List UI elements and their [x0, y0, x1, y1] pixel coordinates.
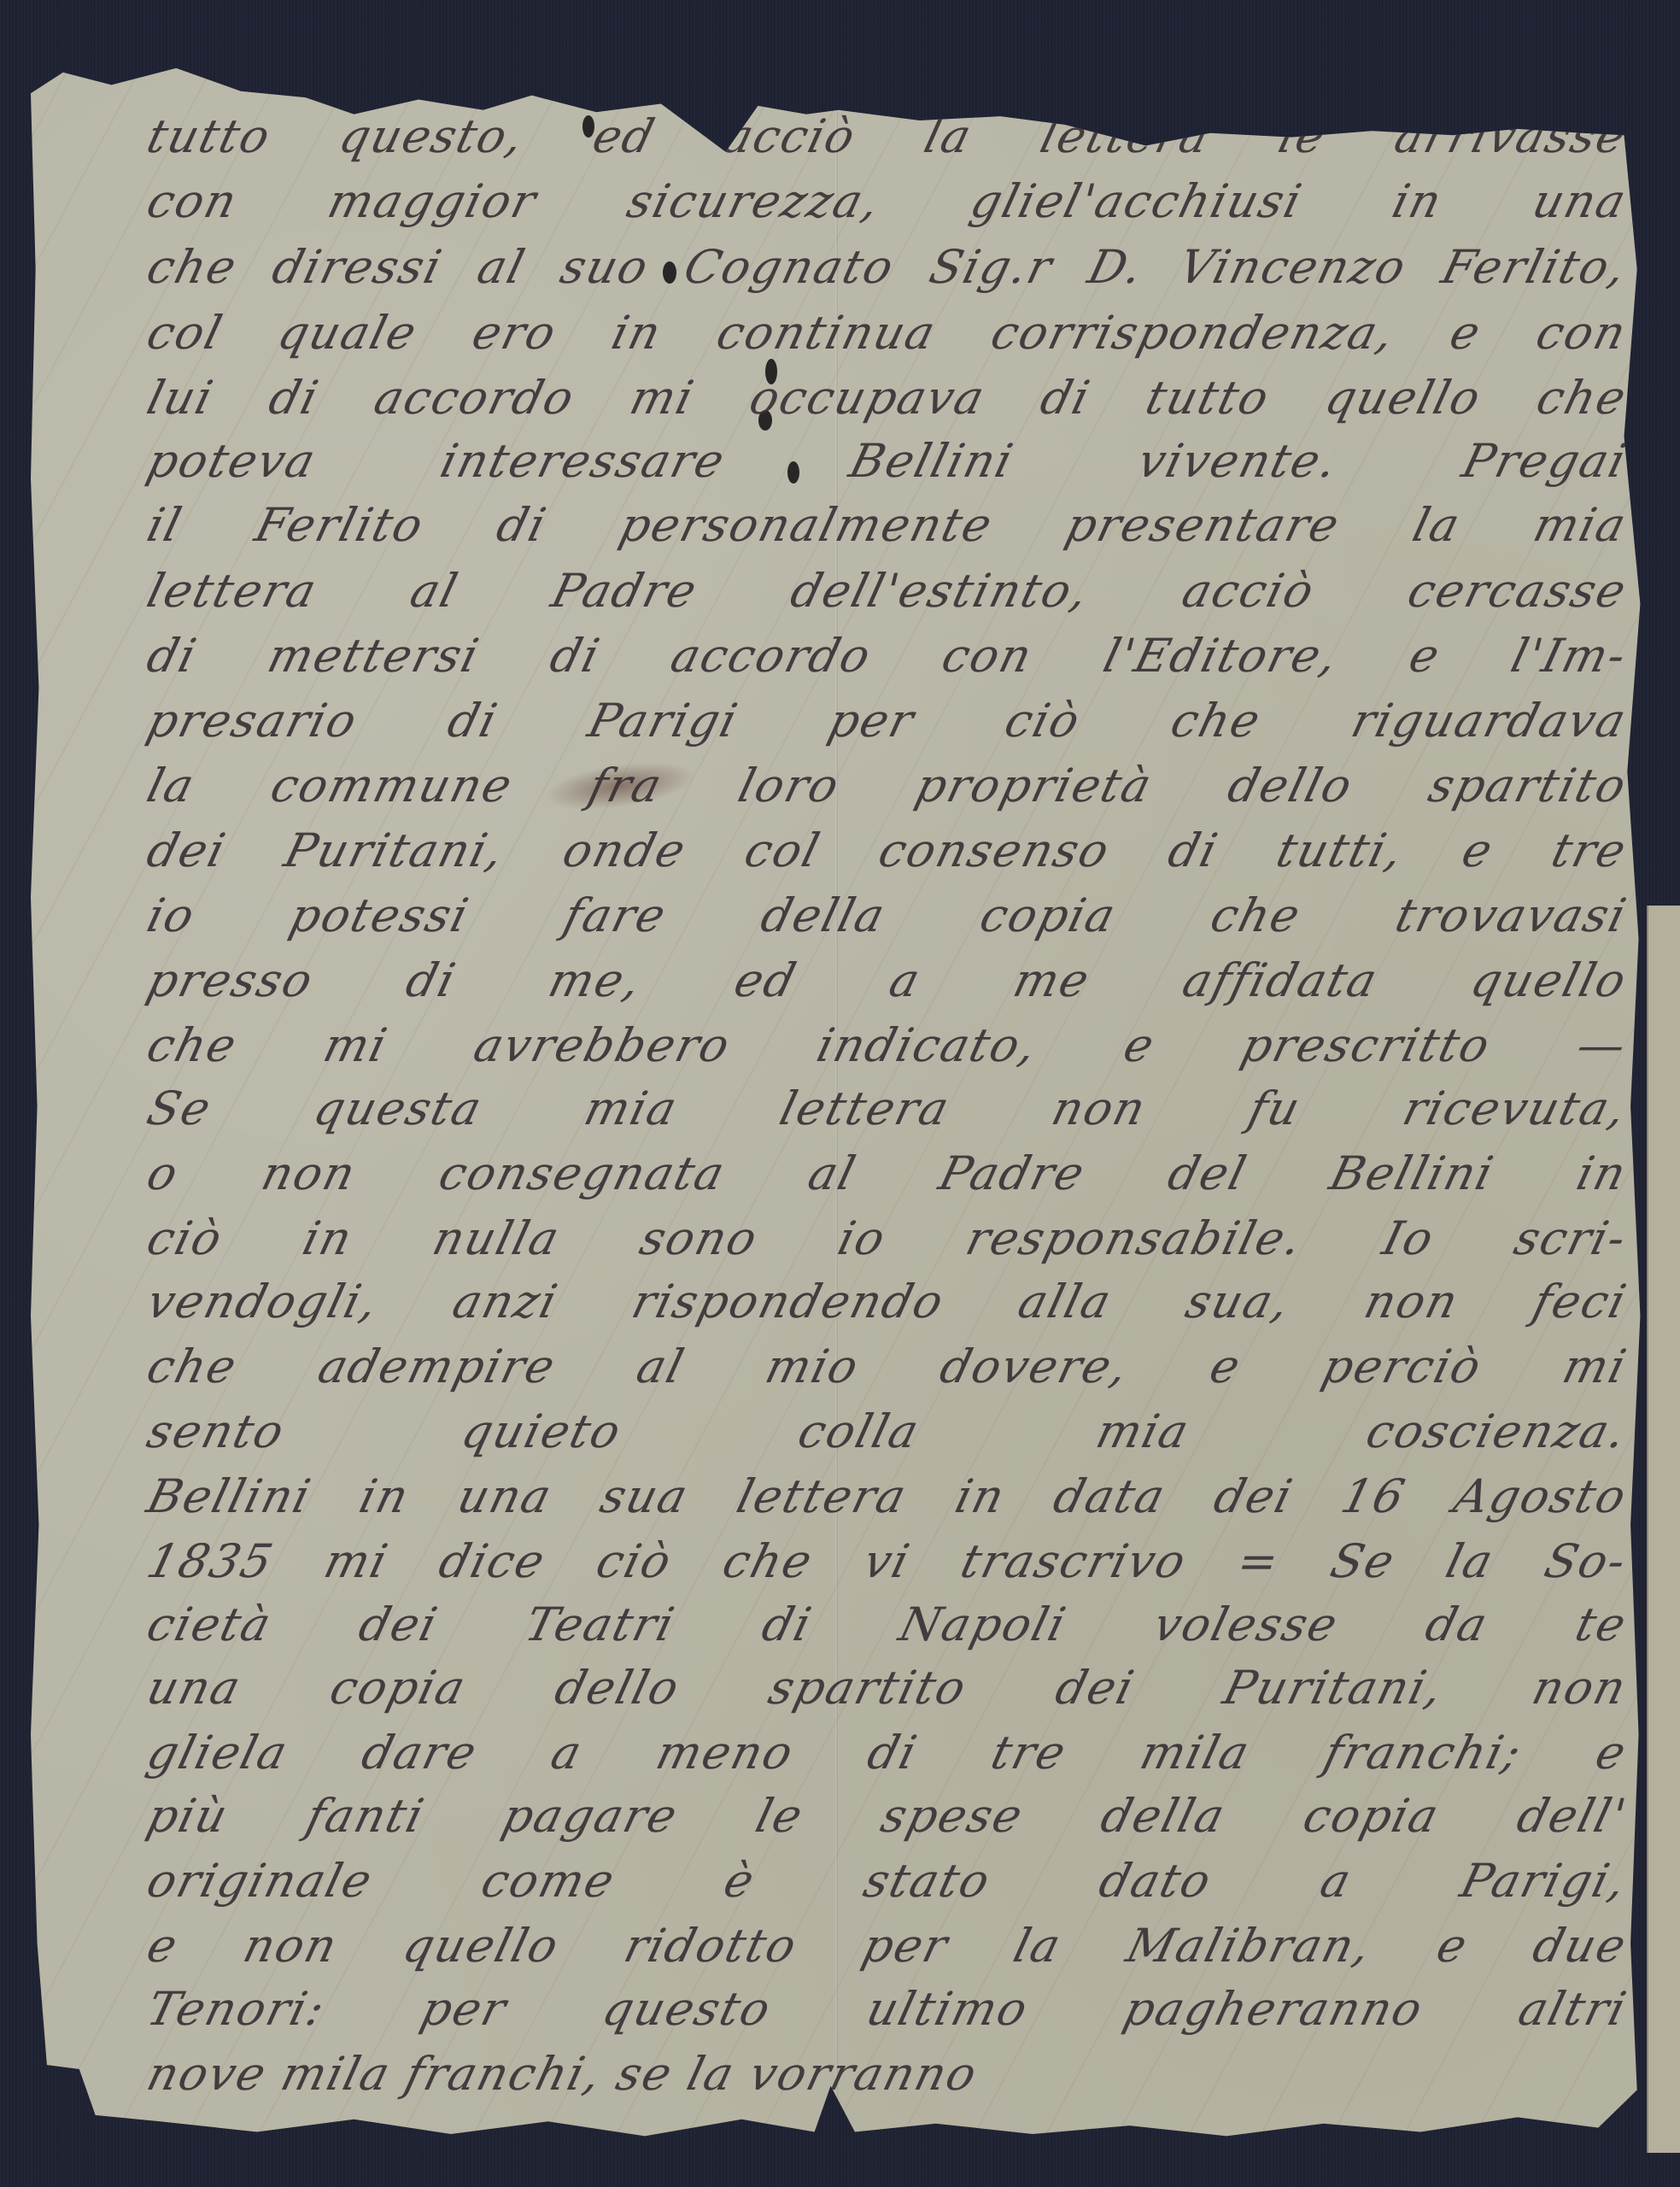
text-line: io potessi fare della copia che trovavas…: [142, 888, 1633, 942]
text-line: vendogli, anzi rispondendo alla sua, non…: [142, 1275, 1633, 1328]
text-line: con maggior sicurezza, gliel'acchiusi in…: [142, 174, 1633, 228]
text-line: la commune fra loro proprietà dello spar…: [142, 759, 1633, 812]
text-line: Se questa mia lettera non fu ricevuta,: [142, 1082, 1633, 1135]
adjacent-page-edge: [1647, 906, 1680, 2153]
handwritten-text: tutto questo, ed acciò la lettera le arr…: [31, 60, 1647, 2153]
text-line: più fanti pagare le spese della copia de…: [142, 1789, 1633, 1843]
text-line: originale come è stato dato a Parigi,: [142, 1854, 1633, 1908]
text-line: poteva interessare Bellini vivente. Preg…: [142, 434, 1633, 488]
text-line: ciò in nulla sono io responsabile. Io sc…: [142, 1211, 1633, 1265]
text-line: Tenori: per questo ultimo pagheranno alt…: [142, 1982, 1633, 2036]
text-line: o non consegnata al Padre del Bellini in: [142, 1146, 1633, 1200]
text-line: cietà dei Teatri di Napoli volesse da te: [142, 1598, 1633, 1651]
text-line: dei Puritani, onde col consenso di tutti…: [142, 824, 1633, 877]
text-line: il Ferlito di personalmente presentare l…: [142, 498, 1633, 552]
text-line: Bellini in una sua lettera in data dei 1…: [142, 1469, 1633, 1523]
text-line: che mi avrebbero indicato, e prescritto …: [142, 1018, 1633, 1072]
text-line: che diressi al suo Cognato Sig.r D. Vinc…: [142, 240, 1633, 294]
text-line: lui di accordo mi occupava di tutto quel…: [142, 371, 1633, 425]
text-line: col quale ero in continua corrispondenza…: [142, 306, 1633, 360]
text-line: gliela dare a meno di tre mila franchi; …: [142, 1726, 1633, 1780]
text-line: che adempire al mio dovere, e perciò mi: [142, 1340, 1633, 1393]
text-line: una copia dello spartito dei Puritani, n…: [142, 1661, 1633, 1715]
text-line: presario di Parigi per ciò che riguardav…: [142, 694, 1633, 748]
text-line: 1835 mi dice ciò che vi trascrivo = Se l…: [142, 1534, 1633, 1588]
text-line: di mettersi di accordo con l'Editore, e …: [142, 629, 1633, 683]
text-line: nove mila franchi, se la vorranno: [142, 2047, 1138, 2101]
text-line: lettera al Padre dell'estinto, acciò cer…: [142, 564, 1633, 618]
letter-page: tutto questo, ed acciò la lettera le arr…: [31, 60, 1647, 2153]
text-line: sento quieto colla mia coscienza.: [142, 1404, 1633, 1458]
text-line: e non quello ridotto per la Malibran, e …: [142, 1919, 1633, 1973]
text-line: presso di me, ed a me affidata quello: [142, 953, 1633, 1007]
